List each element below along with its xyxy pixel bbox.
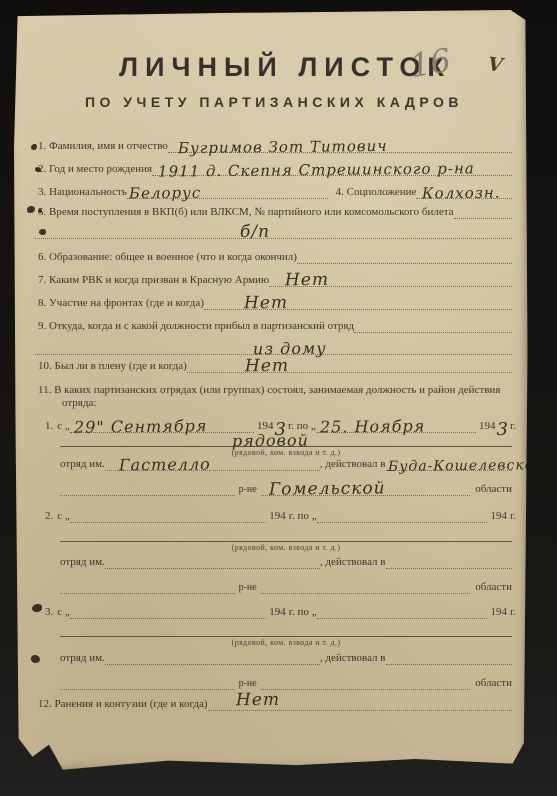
entry3-rank-line: [60, 620, 512, 637]
year-prefix: 194: [269, 606, 286, 619]
field-origin: 9. Откуда, когда и с какой должности при…: [38, 317, 512, 333]
field-nationality-line: Белорус: [127, 185, 328, 199]
oblast-label: области: [475, 581, 512, 594]
entry1-unit-row: отряд им. Гастелло , действовал в Буда-К…: [60, 455, 512, 471]
entry3-blank-line: [60, 676, 235, 690]
field-party-line2-row: б/п: [35, 223, 512, 239]
unit-label: отряд им.: [60, 458, 105, 471]
entry2-rank-line: [60, 525, 512, 542]
unit-label: отряд им.: [60, 556, 105, 569]
field-wounds-line: Нет: [208, 697, 512, 711]
field-education-label: 6. Образование: общее и военное (что и к…: [38, 251, 297, 264]
entry1-blank-line: [60, 482, 235, 496]
entry3-dates: 3. с „ 194 г. по „ 194 г.: [45, 603, 516, 619]
from-prefix: с „: [57, 606, 70, 619]
field-nationality-social: 3. Национальность Белорус 4. Соцположени…: [38, 183, 512, 199]
acted-label: , действовал в: [320, 556, 386, 569]
field-party-line2: б/п: [35, 225, 512, 239]
field-origin-line2-row: из дому: [35, 339, 512, 355]
rayon-label: р-не: [239, 582, 257, 594]
entry2-unit-line: [105, 555, 320, 569]
field-wounds-label: 12. Ранения и контузии (где и когда): [38, 698, 208, 711]
oblast-label: области: [475, 483, 512, 496]
field-birth-label: 2. Год и место рождения: [38, 163, 152, 176]
field-captivity-label: 10. Был ли в плену (где и когда): [38, 360, 187, 373]
entry3-to-line: [317, 605, 488, 619]
entry2-from-line: [70, 509, 267, 523]
field-rvk-label: 7. Каким РВК и когда призван в Красную А…: [38, 274, 269, 287]
field-fronts-value: Нет: [244, 293, 288, 313]
entry2-rayon-line: [261, 580, 471, 594]
entry1-rayon-line: Гомельской: [261, 482, 471, 496]
field-party-label: 5. Время поступления в ВКП(б) или ВЛКСМ,…: [38, 206, 454, 219]
pencil-page-number: 16: [407, 41, 454, 85]
field-rvk: 7. Каким РВК и когда призван в Красную А…: [38, 271, 512, 287]
year-prefix: 194: [490, 510, 507, 523]
from-prefix: с „: [57, 510, 70, 523]
entry2-unit-row: отряд им. , действовал в: [60, 553, 512, 569]
field-education-line: [297, 250, 512, 264]
entry3-number: 3.: [45, 606, 53, 619]
oblast-label: области: [475, 677, 512, 690]
entry3-rank-block: (рядовой, ком. взвода и т. д.): [60, 620, 512, 647]
field-wounds: 12. Ранения и контузии (где и когда) Нет: [38, 695, 512, 711]
field-wounds-value: Нет: [235, 690, 279, 710]
ink-blot: [31, 655, 40, 663]
field-surname-label: 1. Фамилия, имя и отчество: [38, 140, 168, 153]
year-suffix: г.: [510, 606, 516, 619]
field-nationality-label: 3. Национальность: [38, 186, 127, 199]
ink-blot: [27, 206, 35, 213]
field-surname-value: Бугримов Зот Титович: [178, 137, 388, 157]
field-nationality-value: Белорус: [129, 184, 201, 203]
field-surname-line: Бугримов Зот Титович: [168, 139, 512, 153]
entry2-dates: 2. с „ 194 г. по „ 194 г.: [45, 507, 516, 523]
field-surname: 1. Фамилия, имя и отчество Бугримов Зот …: [38, 137, 512, 153]
entry3-rayon-line: [261, 676, 471, 690]
entry2-number: 2.: [45, 510, 53, 523]
entry1-rank-value: рядовой: [232, 431, 309, 451]
year-suffix: г.: [510, 510, 516, 523]
field-fronts-label: 8. Участие на фронтах (где и когда): [38, 297, 204, 310]
entry2-to-line: [317, 509, 488, 523]
field-captivity: 10. Был ли в плену (где и когда) Нет: [38, 357, 512, 373]
ink-blot: [32, 604, 42, 612]
rayon-label: р-не: [239, 484, 257, 496]
entry2-rayon-row: р-не области: [60, 578, 512, 594]
entry1-number: 1.: [45, 420, 53, 433]
entry3-acted-line: [386, 651, 513, 665]
field-captivity-line: Нет: [187, 359, 512, 373]
field-origin-line: [354, 319, 512, 333]
field-fronts: 8. Участие на фронтах (где и когда) Нет: [38, 294, 512, 310]
ink-blot: [35, 167, 41, 172]
rank-caption: (рядовой, ком. взвода и т. д.): [60, 543, 512, 552]
field-social-value: Колхозн.: [422, 184, 501, 203]
field-units-header: 11. В каких партизанских отрядах (или гр…: [38, 384, 512, 410]
field-origin-line2: из дому: [35, 341, 512, 355]
field-social-line: Колхозн.: [416, 185, 512, 199]
field-education: 6. Образование: общее и военное (что и к…: [38, 248, 512, 264]
entry2-blank-line: [60, 580, 235, 594]
entry1-rank-line: рядовой: [60, 430, 512, 447]
year-prefix: 194: [269, 510, 286, 523]
field-rvk-value: Нет: [285, 270, 329, 290]
field-party: 5. Время поступления в ВКП(б) или ВЛКСМ,…: [38, 203, 512, 219]
rank-caption: (рядовой, ком. взвода и т. д.): [60, 638, 512, 647]
field-fronts-line: Нет: [204, 296, 512, 310]
entry1-acted-value: Буда-Кошелевском: [387, 457, 546, 475]
field-captivity-value: Нет: [245, 356, 289, 376]
rayon-label: р-не: [239, 678, 257, 690]
to-prefix: г. по „: [289, 510, 317, 523]
acted-label: , действовал в: [320, 652, 386, 665]
field-party-line: [454, 205, 512, 219]
ink-blot: [38, 209, 42, 213]
entry1-unit-line: Гастелло: [105, 457, 320, 471]
unit-label: отряд им.: [60, 652, 105, 665]
field-social-label: 4. Соцположение: [336, 186, 417, 199]
acted-label: , действовал в: [320, 458, 386, 471]
entry3-from-line: [70, 605, 267, 619]
entry1-rank-block: рядовой (рядовой, ком. взвода и т. д.): [60, 430, 512, 457]
entry3-unit-line: [105, 651, 320, 665]
entry1-acted-line: Буда-Кошелевском: [386, 457, 513, 471]
field-birth-line: 1911 д. Скепня Стрешинского р-на: [152, 162, 512, 176]
entry3-rayon-row: р-не области: [60, 674, 512, 690]
field-origin-label: 9. Откуда, когда и с какой должности при…: [38, 320, 354, 333]
year-prefix: 194: [490, 606, 507, 619]
to-prefix: г. по „: [289, 606, 317, 619]
entry1-rayon-row: р-не Гомельской области: [60, 480, 512, 496]
ink-blot: [31, 144, 37, 150]
entry2-acted-line: [386, 555, 513, 569]
document-page: ЛИЧНЫЙ ЛИСТОК 16 V ПО УЧЕТУ ПАРТИЗАНСКИХ…: [14, 10, 528, 772]
entry2-rank-block: (рядовой, ком. взвода и т. д.): [60, 525, 512, 552]
entry1-rayon-value: Гомельской: [269, 478, 386, 499]
field-birth: 2. Год и место рождения 1911 д. Скепня С…: [38, 160, 512, 176]
field-party-value: б/п: [240, 222, 270, 242]
field-rvk-line: Нет: [269, 273, 512, 287]
ink-blot: [39, 229, 46, 235]
form-subtitle: ПО УЧЕТУ ПАРТИЗАНСКИХ КАДРОВ: [14, 94, 528, 110]
entry3-unit-row: отряд им. , действовал в: [60, 649, 512, 665]
checkmark-annotation: V: [487, 53, 504, 76]
entry1-unit-value: Гастелло: [119, 455, 211, 475]
field-birth-value: 1911 д. Скепня Стрешинского р-на: [158, 159, 475, 180]
